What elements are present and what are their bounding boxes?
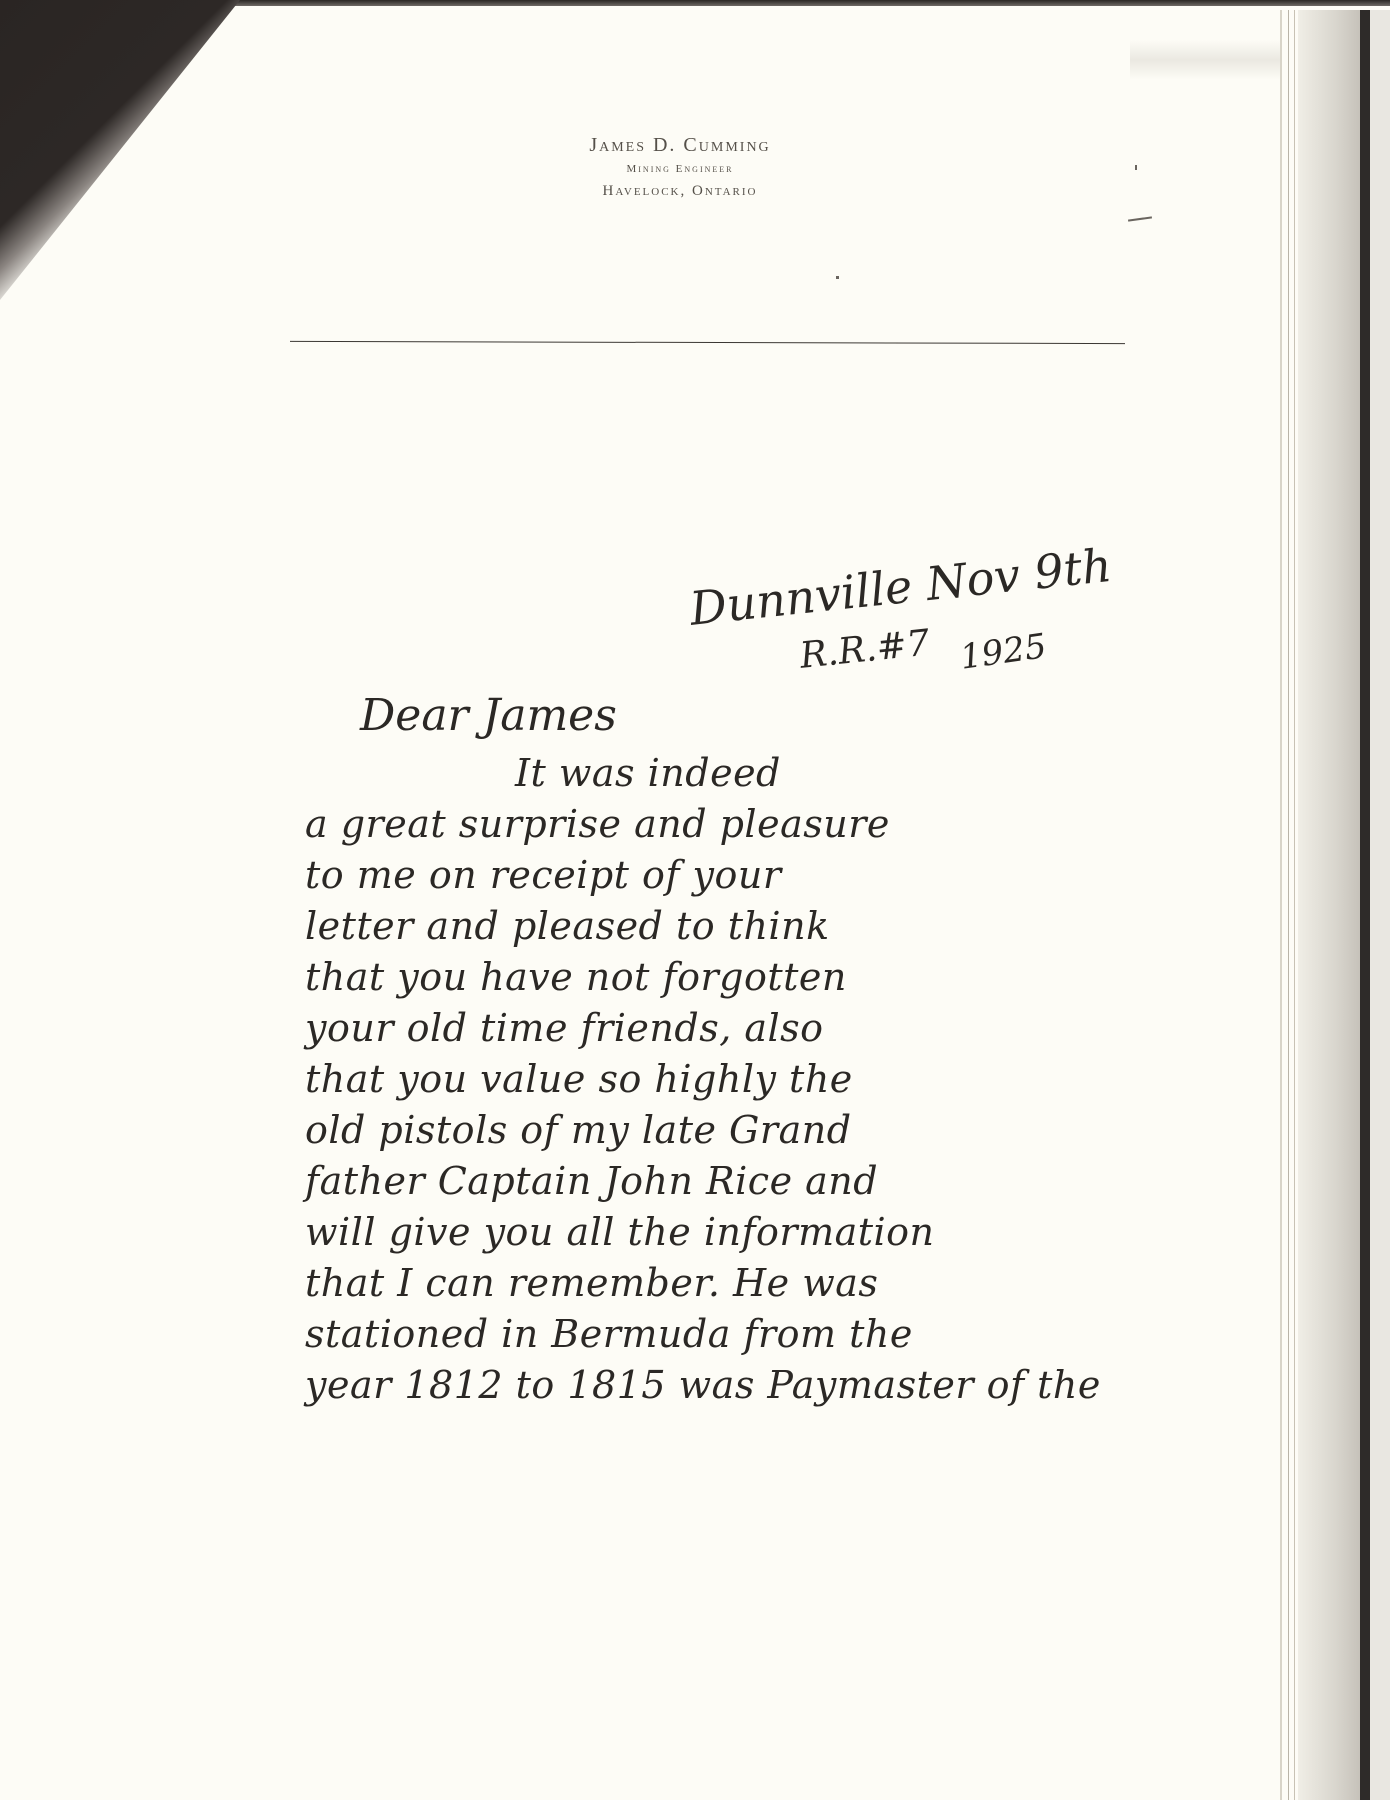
- letter-body: It was indeed a great surprise and pleas…: [305, 748, 1125, 1411]
- letter-line: a great surprise and pleasure: [305, 799, 1125, 850]
- letterhead: James D. Cumming Mining Engineer Haveloc…: [400, 132, 960, 202]
- page-edge-line: [1288, 10, 1289, 1800]
- page-edge-dark: [1360, 10, 1370, 1800]
- scan-corner-shadow: [0, 0, 240, 300]
- page-edge-light: [1370, 10, 1390, 1800]
- letter-line: that I can remember. He was: [305, 1258, 1125, 1309]
- letter-line: old pistols of my late Grand: [305, 1105, 1125, 1156]
- letterhead-location: Havelock, Ontario: [400, 180, 960, 202]
- letter-line: stationed in Bermuda from the: [305, 1309, 1125, 1360]
- letter-salutation: Dear James: [360, 690, 617, 741]
- letterhead-divider: [290, 341, 1125, 344]
- page-edge-shade: [1298, 10, 1360, 1800]
- letter-line: that you value so highly the: [305, 1054, 1125, 1105]
- letter-line: father Captain John Rice and: [305, 1156, 1125, 1207]
- page-edge-line: [1280, 10, 1282, 1800]
- scan-smudge: [1130, 40, 1280, 80]
- stray-mark: [1128, 216, 1152, 221]
- page-stack-edge: [1280, 0, 1390, 1800]
- letter-line: will give you all the information: [305, 1207, 1125, 1258]
- letter-route: R.R.#7: [798, 623, 932, 677]
- letterhead-title: Mining Engineer: [400, 160, 960, 178]
- stray-mark: [1135, 165, 1137, 170]
- letter-line: your old time friends, also: [305, 1003, 1125, 1054]
- letterhead-name: James D. Cumming: [400, 132, 960, 158]
- letter-line: to me on receipt of your: [305, 850, 1125, 901]
- letter-year: 1925: [958, 626, 1049, 678]
- letter-line: that you have not forgotten: [305, 952, 1125, 1003]
- page-edge-line: [1294, 10, 1295, 1800]
- letter-place-date: Dunnville Nov 9th: [687, 538, 1114, 636]
- letter-line: year 1812 to 1815 was Paymaster of the: [305, 1360, 1125, 1411]
- letter-line: letter and pleased to think: [305, 901, 1125, 952]
- letter-line: It was indeed: [305, 748, 1125, 799]
- stray-mark: [836, 276, 839, 279]
